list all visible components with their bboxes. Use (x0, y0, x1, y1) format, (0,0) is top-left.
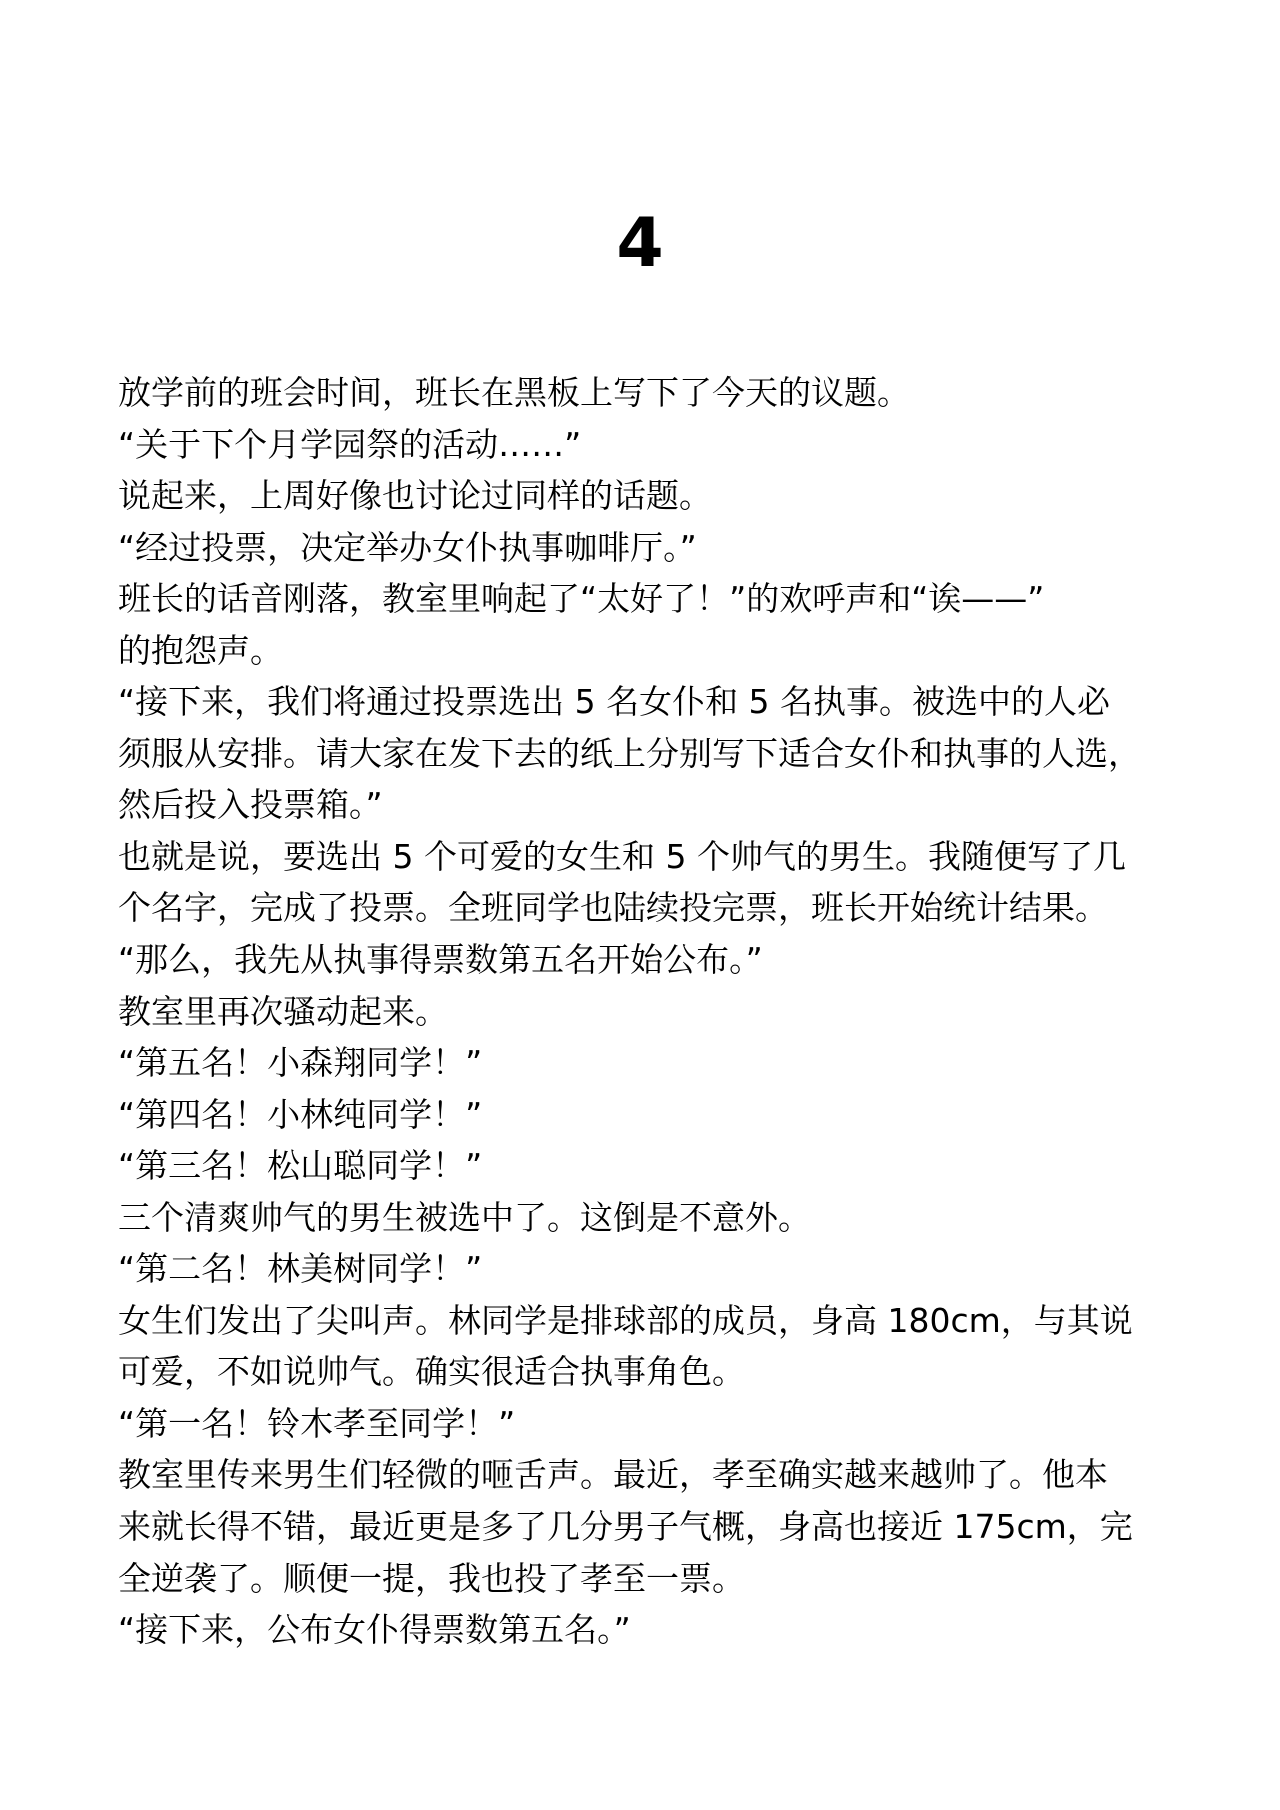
document-page: 4 放学前的班会时间，班长在黑板上写下了今天的议题。 “关于下个月学园祭的活动…… (0, 0, 1280, 1810)
text-line: 然后投入投票箱。” (118, 779, 1198, 831)
text-line: 全逆袭了。顺便一提，我也投了孝至一票。 (118, 1553, 1198, 1605)
text-line: 须服从安排。请大家在发下去的纸上分别写下适合女仆和执事的人选， (118, 728, 1198, 780)
text-line: 来就长得不错，最近更是多了几分男子气概，身高也接近 175cm，完 (118, 1501, 1198, 1553)
text-line: 个名字，完成了投票。全班同学也陆续投完票，班长开始统计结果。 (118, 882, 1198, 934)
text-line: “第二名！林美树同学！” (118, 1243, 1198, 1295)
text-line: 教室里传来男生们轻微的咂舌声。最近，孝至确实越来越帅了。他本 (118, 1449, 1198, 1501)
text-line: “第一名！铃木孝至同学！” (118, 1398, 1198, 1450)
text-line: “第四名！小林纯同学！” (118, 1089, 1198, 1141)
text-line: 女生们发出了尖叫声。林同学是排球部的成员，身高 180cm，与其说 (118, 1295, 1198, 1347)
text-line: “经过投票，决定举办女仆执事咖啡厅。” (118, 522, 1198, 574)
text-line: “第三名！松山聪同学！” (118, 1140, 1198, 1192)
text-line: 的抱怨声。 (118, 625, 1198, 677)
text-line: 教室里再次骚动起来。 (118, 986, 1198, 1038)
text-line: 放学前的班会时间，班长在黑板上写下了今天的议题。 (118, 367, 1198, 419)
text-line: 也就是说，要选出 5 个可爱的女生和 5 个帅气的男生。我随便写了几 (118, 831, 1198, 883)
text-line: 可爱，不如说帅气。确实很适合执事角色。 (118, 1346, 1198, 1398)
text-line: “第五名！小森翔同学！” (118, 1037, 1198, 1089)
text-line: “接下来，我们将通过投票选出 5 名女仆和 5 名执事。被选中的人必 (118, 676, 1198, 728)
chapter-body-text: 放学前的班会时间，班长在黑板上写下了今天的议题。 “关于下个月学园祭的活动……”… (118, 367, 1198, 1656)
text-line: “关于下个月学园祭的活动……” (118, 419, 1198, 471)
text-line: 班长的话音刚落，教室里响起了“太好了！”的欢呼声和“诶——” (118, 573, 1198, 625)
text-line: “那么，我先从执事得票数第五名开始公布。” (118, 934, 1198, 986)
text-line: 说起来，上周好像也讨论过同样的话题。 (118, 470, 1198, 522)
text-line: “接下来，公布女仆得票数第五名。” (118, 1604, 1198, 1656)
chapter-number-heading: 4 (0, 206, 1280, 282)
text-line: 三个清爽帅气的男生被选中了。这倒是不意外。 (118, 1192, 1198, 1244)
